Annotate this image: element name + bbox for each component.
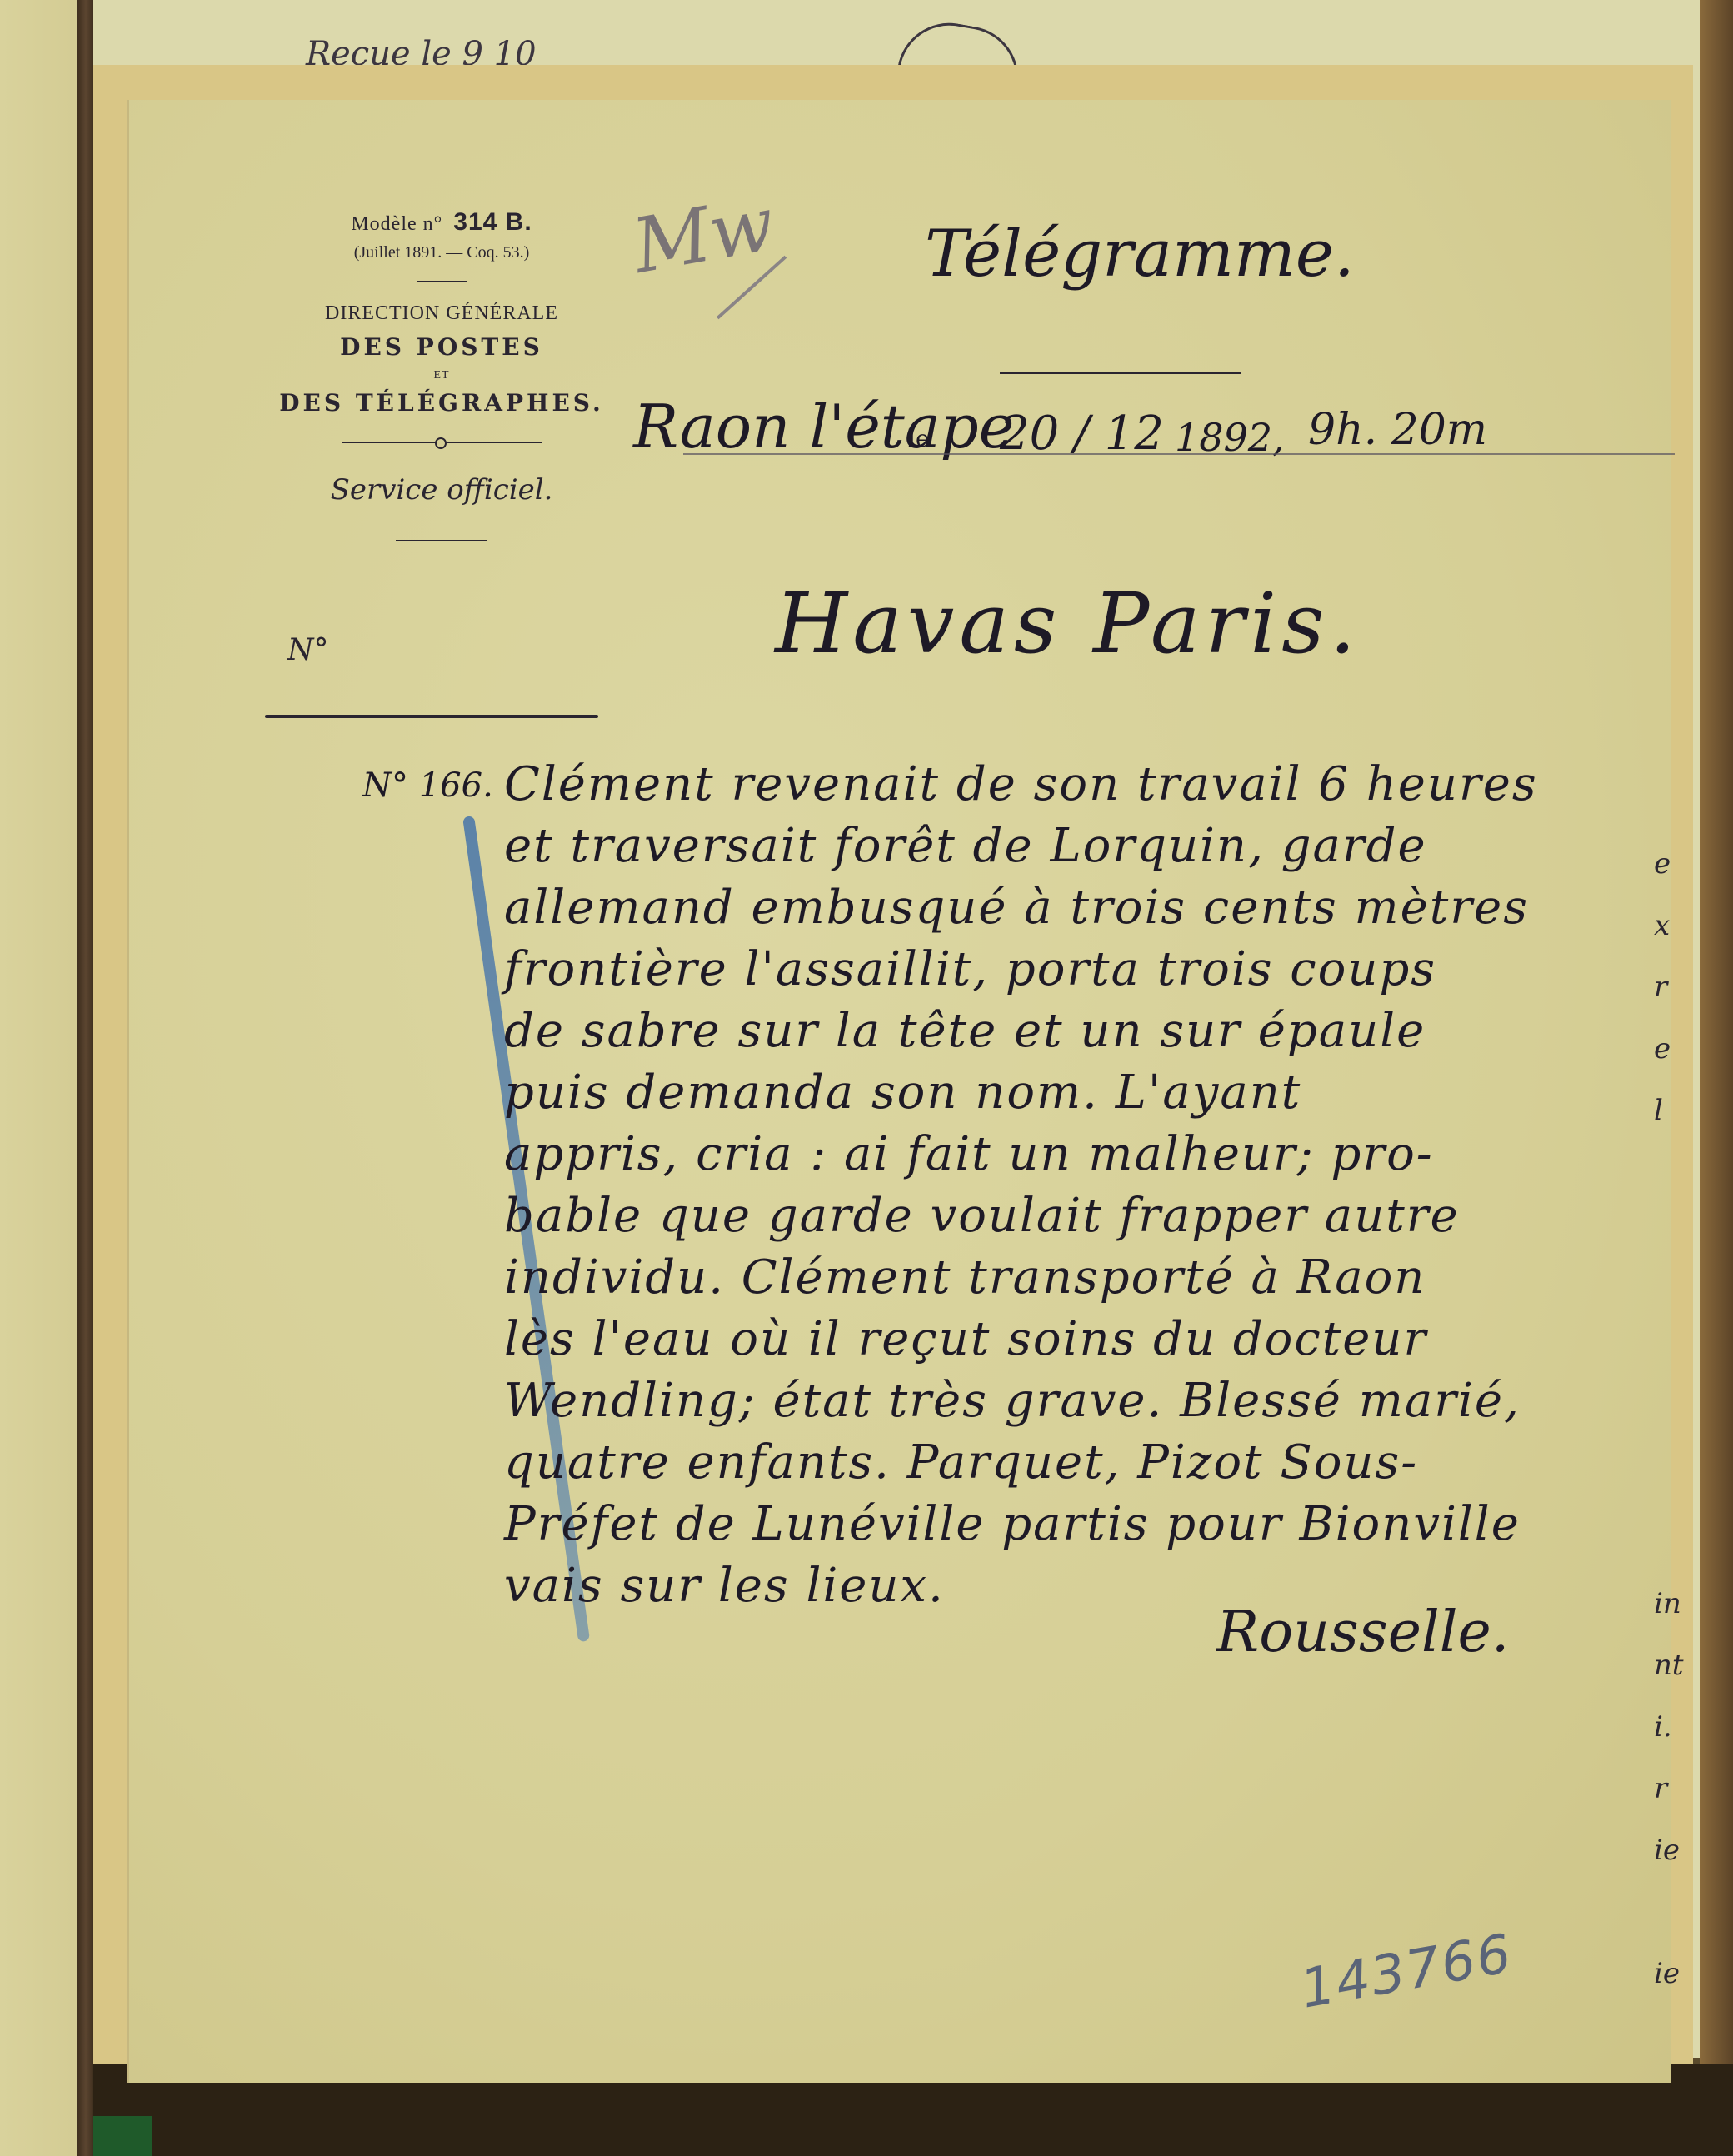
recipient: Havas Paris. <box>775 575 1361 672</box>
form-header: Modèle n° 314 B. (Juillet 1891. — Coq. 5… <box>267 208 617 541</box>
ornament-divider <box>265 715 598 720</box>
body-line: individu. Clément transporté à Raon <box>504 1247 1662 1309</box>
divider <box>396 540 487 541</box>
body-line: Préfet de Lunéville partis pour Bionvill… <box>504 1494 1662 1555</box>
body-line: Clément revenait de son travail 6 heures <box>504 754 1662 816</box>
title-ornament <box>1000 371 1241 376</box>
telegraphes-line: DES TÉLÉGRAPHES. <box>267 389 617 417</box>
body-line: frontière l'assaillit, porta trois coups <box>504 939 1662 1001</box>
bleed-char <box>1654 1326 1704 1388</box>
model-line: Modèle n° 314 B. <box>267 208 617 237</box>
bleed-char: l <box>1654 1080 1704 1141</box>
body-line: allemand embusqué à trois cents mètres <box>504 877 1662 939</box>
body-line: lès l'eau où il reçut soins du docteur <box>504 1309 1662 1370</box>
direction-line: DIRECTION GÉNÉRALE <box>267 302 617 325</box>
document-title: Télégramme. <box>925 217 1355 292</box>
service-line: Service officiel. <box>267 473 617 507</box>
bleed-char <box>1654 1203 1704 1265</box>
bleed-char <box>1654 1265 1704 1326</box>
body-line: appris, cria : ai fait un malheur; pro- <box>504 1124 1662 1185</box>
divider <box>417 281 467 282</box>
postes-line: DES POSTES <box>267 333 617 361</box>
dateline-rule <box>683 453 1675 455</box>
body-line: Wendling; état très grave. Blessé marié, <box>504 1370 1662 1432</box>
ornament-divider <box>342 440 542 445</box>
bleed-char <box>1654 1141 1704 1203</box>
edition-line: (Juillet 1891. — Coq. 53.) <box>267 243 617 262</box>
number-label: N° <box>287 633 329 667</box>
bleed-char: r <box>1654 1758 1704 1819</box>
bleed-char <box>1654 1881 1704 1943</box>
left-page <box>0 0 77 2156</box>
body-line: puis demanda son nom. L'ayant <box>504 1062 1662 1124</box>
right-table-edge <box>1700 0 1733 2156</box>
body-line: bable que garde voulait frapper autre <box>504 1185 1662 1247</box>
bleed-char: e <box>1654 833 1704 895</box>
bleed-char <box>1654 1511 1704 1573</box>
time: 9h. 20m <box>1308 405 1487 455</box>
et-line: ET <box>267 369 617 382</box>
bleed-char: x <box>1654 895 1704 956</box>
body-line: de sabre sur la tête et un sur épaule <box>504 1001 1662 1062</box>
bleed-through-text: e x r e l in nt i. r ie ie <box>1654 833 1704 2004</box>
model-label: Modèle n° <box>351 213 442 235</box>
signature: Rousselle. <box>1216 1600 1509 1665</box>
bleed-char: ie <box>1654 1819 1704 1881</box>
bleed-char: i. <box>1654 1696 1704 1758</box>
body-line: et traversait forêt de Lorquin, garde <box>504 816 1662 877</box>
bleed-char: in <box>1654 1573 1704 1634</box>
green-tab <box>93 2116 152 2156</box>
bleed-char <box>1654 1388 1704 1450</box>
bleed-char: ie <box>1654 1943 1704 2004</box>
binding-spine <box>77 0 95 2156</box>
model-number: 314 B. <box>453 208 532 236</box>
bleed-char <box>1654 1450 1704 1511</box>
message-number: N° 166. <box>362 766 493 805</box>
body-line: quatre enfants. Parquet, Pizot Sous- <box>504 1432 1662 1494</box>
bleed-char: nt <box>1654 1634 1704 1696</box>
bleed-char: r <box>1654 956 1704 1018</box>
message-body: Clément revenait de son travail 6 heures… <box>504 754 1662 1617</box>
le-label: le <box>908 425 930 452</box>
origin-place: Raon l'étape <box>633 392 1014 462</box>
bleed-char: e <box>1654 1018 1704 1080</box>
